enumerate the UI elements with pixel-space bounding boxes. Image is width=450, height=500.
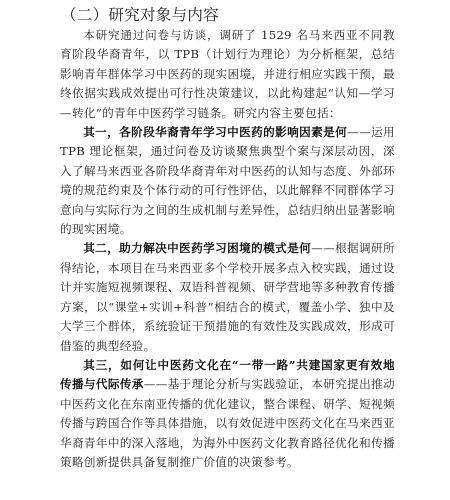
research-item-1-body: ——运用 TPB 理论框架，通过问卷及访谈聚焦典型个案与深层动因，深入了解马来西… <box>60 125 395 236</box>
intro-paragraph: 本研究通过问卷与访谈，调研了 1529 名马来西亚不同教育阶段华裔青年，以 TP… <box>60 26 395 123</box>
research-item-1: 其一，各阶段华裔青年学习中医药的影响因素是何——运用 TPB 理论框架，通过问卷… <box>60 123 395 239</box>
research-item-2-body: ——根据调研所得结论，本项目在马来西亚多个学校开展多点入校实践，通过设计并实施短… <box>60 241 395 352</box>
research-item-2-title: 其二，助力解决中医药学习困境的模式是何 <box>83 241 311 255</box>
research-item-2: 其二，助力解决中医药学习困境的模式是何——根据调研所得结论，本项目在马来西亚多个… <box>60 239 395 355</box>
research-item-1-title: 其一，各阶段华裔青年学习中医药的影响因素是何 <box>83 125 347 139</box>
section-heading: （二）研究对象与内容 <box>61 4 395 26</box>
research-item-3: 其三，如何让中医药文化在“一带一路”共建国家更有效地传播与代际传承——基于理论分… <box>60 356 395 472</box>
document-content: （二）研究对象与内容 本研究通过问卷与访谈，调研了 1529 名马来西亚不同教育… <box>60 4 395 472</box>
document-page: （二）研究对象与内容 本研究通过问卷与访谈，调研了 1529 名马来西亚不同教育… <box>0 0 450 500</box>
